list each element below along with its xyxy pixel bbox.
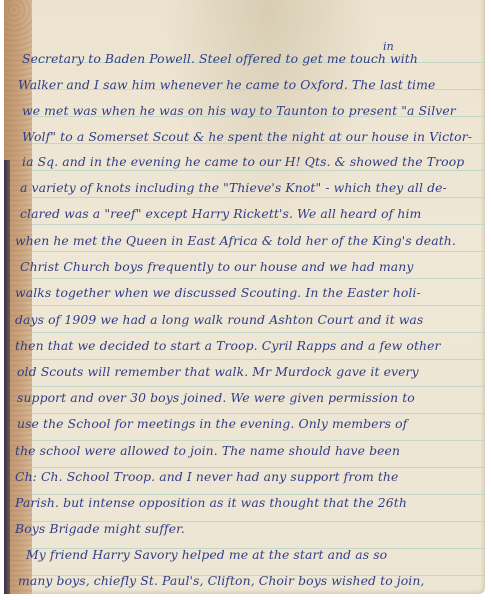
text-line-1: Secretary to Baden Powell. Steel offered… [22,51,418,66]
text-line-20: My friend Harry Savory helped me at the … [26,547,387,562]
text-line-6: a variety of knots including the "Thieve… [20,180,447,195]
text-line-10: walks together when we discussed Scoutin… [15,285,421,300]
text-line-2: Walker and I saw him whenever he came to… [18,77,435,92]
text-line-7: clared was a "reef" except Harry Rickett… [20,206,421,221]
handwritten-text: in Secretary to Baden Powell. Steel offe… [0,0,491,600]
text-line-19: Boys Brigade might suffer. [15,521,185,536]
text-line-13: old Scouts will remember that walk. Mr M… [17,364,419,379]
text-line-5: ia Sq. and in the evening he came to our… [22,154,464,169]
text-line-12: then that we decided to start a Troop. C… [15,338,441,353]
text-line-14: support and over 30 boys joined. We were… [17,390,415,405]
scanned-page: in Secretary to Baden Powell. Steel offe… [0,0,491,600]
text-line-18: Parish. but intense opposition as it was… [15,495,407,510]
text-line-8: when he met the Queen in East Africa & t… [15,233,456,248]
text-line-21: many boys, chiefly St. Paul's, Clifton, … [18,573,424,588]
text-line-16: the school were allowed to join. The nam… [15,443,400,458]
text-line-3: we met was when he was on his way to Tau… [22,103,456,118]
text-line-17: Ch: Ch. School Troop. and I never had an… [15,469,398,484]
text-line-4: Wolf" to a Somerset Scout & he spent the… [22,129,472,144]
text-line-9: Christ Church boys frequently to our hou… [20,259,413,274]
text-line-15: use the School for meetings in the eveni… [17,416,407,431]
text-line-11: days of 1909 we had a long walk round As… [15,312,423,327]
